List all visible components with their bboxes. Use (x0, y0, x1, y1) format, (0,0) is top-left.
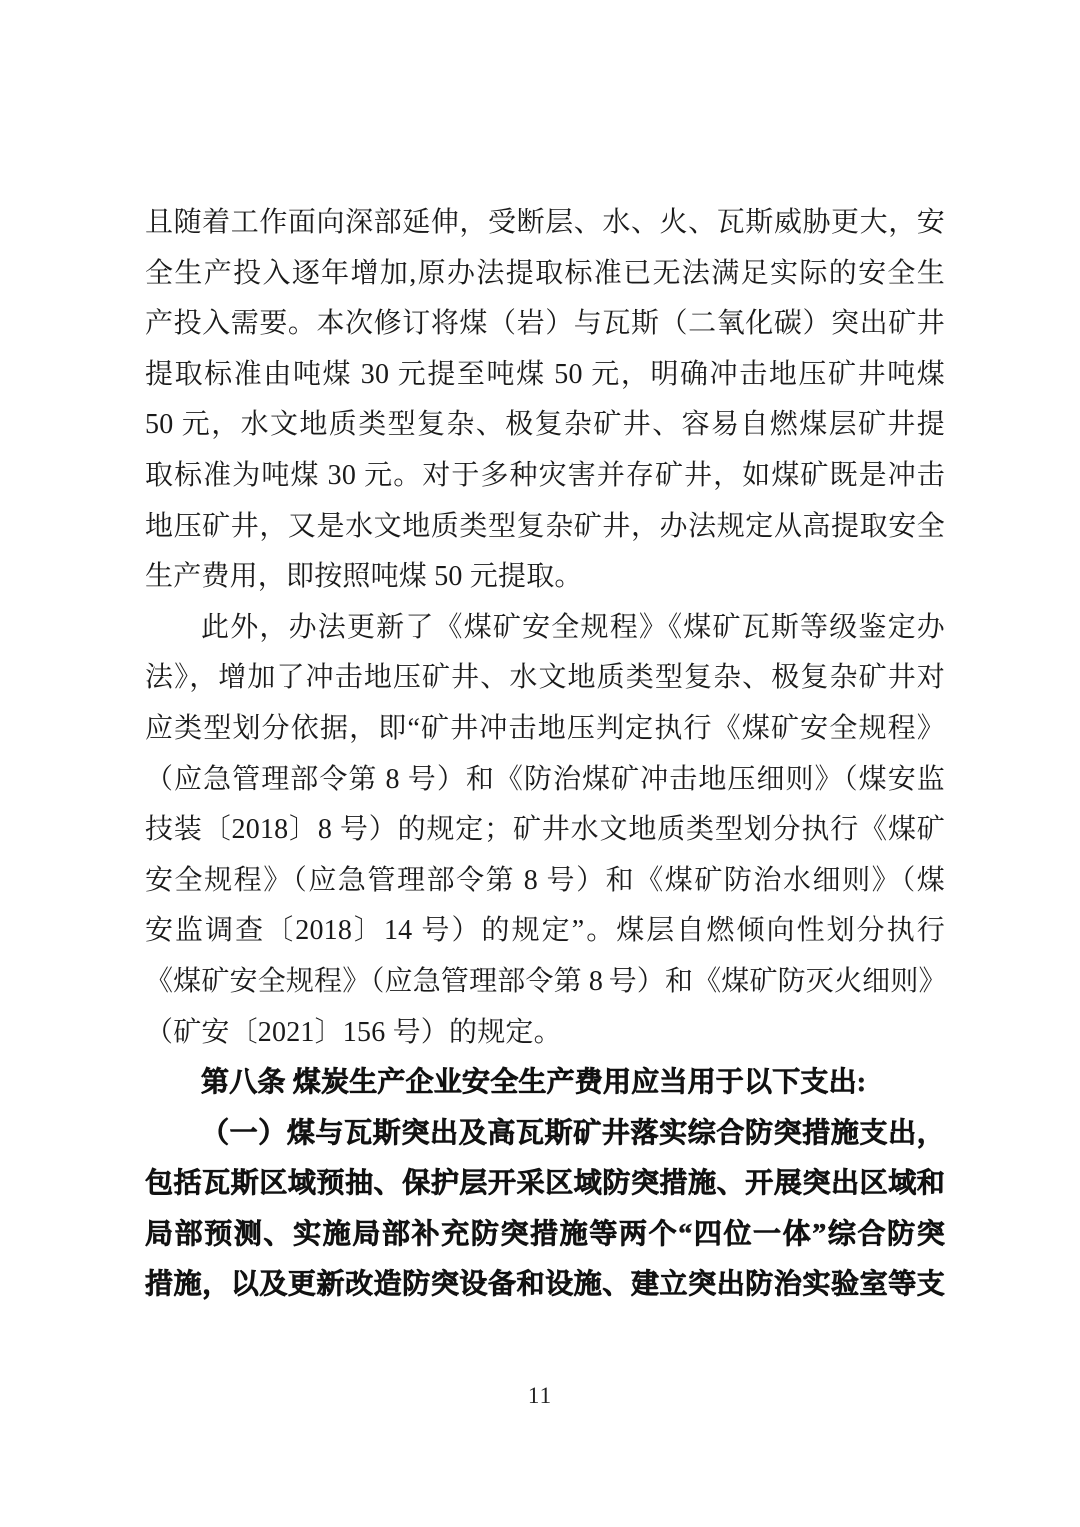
text-line: 提取标准由吨煤 30 元提至吨煤 50 元，明确冲击地压矿井吨煤 (145, 350, 945, 401)
paragraph-item-one: （一）煤与瓦斯突出及高瓦斯矿井落实综合防突措施支出， 包括瓦斯区域预抽、保护层开… (145, 1109, 945, 1311)
document-page: 且随着工作面向深部延伸，受断层、水、火、瓦斯威胁更大，安 全生产投入逐年增加,原… (0, 0, 1080, 1527)
text-line: 安监调查〔2018〕14 号）的规定”。煤层自燃倾向性划分执行 (145, 906, 945, 957)
text-line: 第八条 煤炭生产企业安全生产费用应当用于以下支出: (145, 1058, 945, 1109)
article-8-heading: 第八条 煤炭生产企业安全生产费用应当用于以下支出: (145, 1058, 945, 1109)
page-number: 11 (0, 1383, 1080, 1409)
text-line: （一）煤与瓦斯突出及高瓦斯矿井落实综合防突措施支出， (145, 1109, 945, 1160)
text-line: 局部预测、实施局部补充防突措施等两个“四位一体”综合防突 (145, 1210, 945, 1261)
paragraph-regulation-updates: 此外，办法更新了《煤矿安全规程》《煤矿瓦斯等级鉴定办 法》，增加了冲击地压矿井、… (145, 603, 945, 1058)
text-line: 且随着工作面向深部延伸，受断层、水、火、瓦斯威胁更大，安 (145, 198, 945, 249)
text-line: （应急管理部令第 8 号）和《防治煤矿冲击地压细则》（煤安监 (145, 755, 945, 806)
text-line: 法》，增加了冲击地压矿井、水文地质类型复杂、极复杂矿井对 (145, 653, 945, 704)
text-line: 包括瓦斯区域预抽、保护层开采区域防突措施、开展突出区域和 (145, 1159, 945, 1210)
text-line: 产投入需要。本次修订将煤（岩）与瓦斯（二氧化碳）突出矿井 (145, 299, 945, 350)
document-body: 且随着工作面向深部延伸，受断层、水、火、瓦斯威胁更大，安 全生产投入逐年增加,原… (145, 198, 945, 1311)
text-line: 《煤矿安全规程》（应急管理部令第 8 号）和《煤矿防灭火细则》 (145, 957, 945, 1008)
text-line: 此外，办法更新了《煤矿安全规程》《煤矿瓦斯等级鉴定办 (145, 603, 945, 654)
text-line: 技装〔2018〕8 号）的规定；矿井水文地质类型划分执行《煤矿 (145, 805, 945, 856)
text-line: 生产费用，即按照吨煤 50 元提取。 (145, 552, 945, 603)
text-line: 取标准为吨煤 30 元。对于多种灾害并存矿井，如煤矿既是冲击 (145, 451, 945, 502)
text-line: 地压矿井，又是水文地质类型复杂矿井，办法规定从高提取安全 (145, 502, 945, 553)
text-line: 应类型划分依据，即“矿井冲击地压判定执行《煤矿安全规程》 (145, 704, 945, 755)
paragraph-extraction-standards: 且随着工作面向深部延伸，受断层、水、火、瓦斯威胁更大，安 全生产投入逐年增加,原… (145, 198, 945, 603)
text-line: 安全规程》（应急管理部令第 8 号）和《煤矿防治水细则》（煤 (145, 856, 945, 907)
text-line: 全生产投入逐年增加,原办法提取标准已无法满足实际的安全生 (145, 249, 945, 300)
text-line: 措施，以及更新改造防突设备和设施、建立突出防治实验室等支 (145, 1260, 945, 1311)
text-line: （矿安〔2021〕156 号）的规定。 (145, 1008, 945, 1059)
text-line: 50 元，水文地质类型复杂、极复杂矿井、容易自燃煤层矿井提 (145, 400, 945, 451)
